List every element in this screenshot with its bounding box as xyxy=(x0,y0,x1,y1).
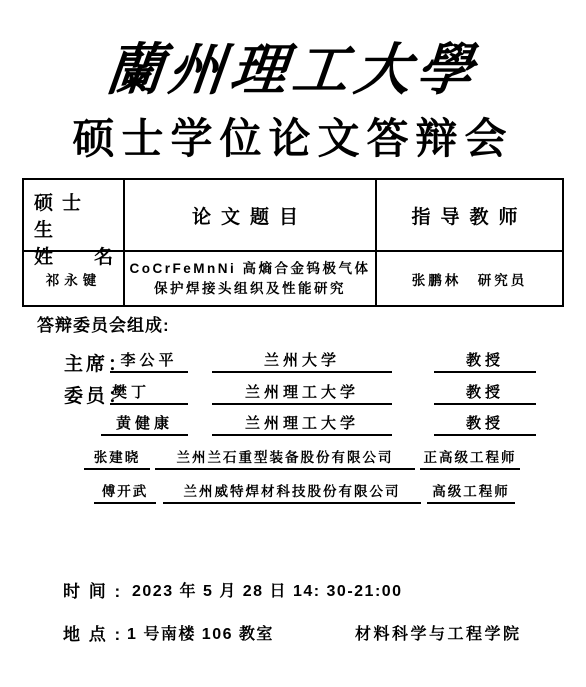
committee-member-name: 樊丁 xyxy=(110,383,188,405)
committee-heading: 答辩委员会组成: xyxy=(37,311,170,336)
header-thesis-title: 论文题目 xyxy=(125,180,377,252)
header-advisor: 指导教师 xyxy=(377,180,562,252)
time-value: 2023 年 5 月 28 日 14: 30-21:00 xyxy=(132,578,403,601)
time-label: 时 间 : xyxy=(63,577,122,602)
committee-member-org: 兰州威特焊材科技股份有限公司 xyxy=(163,482,421,504)
committee-member-name: 李公平 xyxy=(110,351,188,373)
thesis-title-line1: CoCrFeMnNi 高熵合金钨极气体 xyxy=(130,259,371,279)
place-value: 1 号南楼 106 教室 xyxy=(127,621,274,644)
thesis-title-cell: CoCrFeMnNi 高熵合金钨极气体 保护焊接头组织及性能研究 xyxy=(125,252,377,305)
committee-member-name: 黄健康 xyxy=(101,414,188,436)
university-calligraphy-logo: 蘭州理工大學 xyxy=(0,26,586,106)
committee-member-title: 高级工程师 xyxy=(427,482,515,504)
committee-member-name: 傅开武 xyxy=(94,482,156,504)
advisor-name: 张鹏林 研究员 xyxy=(412,269,528,289)
page-title: 硕士学位论文答辩会 xyxy=(0,106,586,166)
header-student-line1: 硕士生 xyxy=(34,188,113,242)
committee-member-org: 兰州大学 xyxy=(212,351,392,373)
committee-member-title: 正高级工程师 xyxy=(420,448,520,470)
committee-member-title: 教授 xyxy=(434,351,536,373)
thesis-info-table: 硕士生 姓 名 论文题目 指导教师 祁永键 CoCrFeMnNi 高熵合金钨极气… xyxy=(22,178,564,307)
defense-announcement-document: 蘭州理工大學 硕士学位论文答辩会 硕士生 姓 名 论文题目 指导教师 祁永键 C… xyxy=(0,0,586,687)
student-name-cell: 祁永键 xyxy=(24,252,125,305)
committee-member-name: 张建晓 xyxy=(84,448,150,470)
advisor-cell: 张鹏林 研究员 xyxy=(377,252,562,305)
committee-member-org: 兰州兰石重型装备股份有限公司 xyxy=(155,448,415,470)
department-name: 材料科学与工程学院 xyxy=(355,621,522,644)
committee-member-org: 兰州理工大学 xyxy=(212,414,392,436)
header-student-name: 硕士生 姓 名 xyxy=(24,180,125,252)
committee-member-title: 教授 xyxy=(434,414,536,436)
student-name: 祁永键 xyxy=(46,269,102,289)
committee-member-title: 教授 xyxy=(434,383,536,405)
place-label: 地 点 : xyxy=(63,620,122,645)
committee-member-org: 兰州理工大学 xyxy=(212,383,392,405)
thesis-title-line2: 保护焊接头组织及性能研究 xyxy=(154,279,346,299)
